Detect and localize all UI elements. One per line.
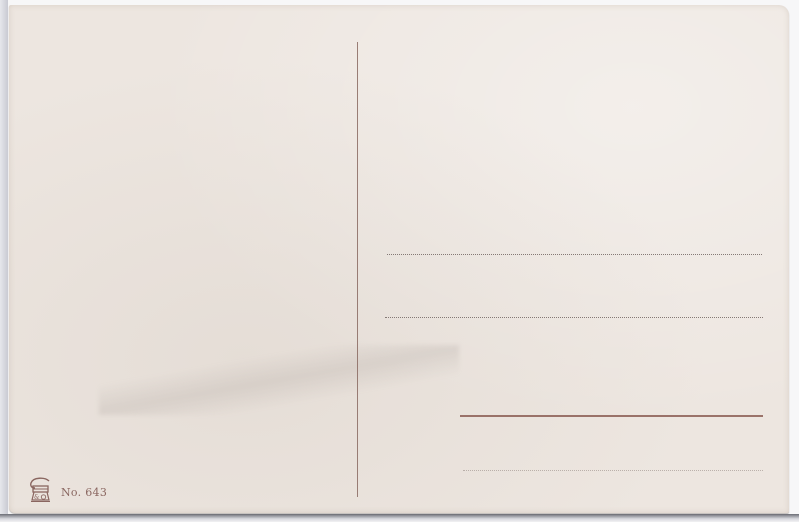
message-address-divider (357, 42, 358, 497)
address-line-1 (387, 254, 762, 255)
publisher-mark: & No. 643 (27, 476, 107, 504)
svg-text:&: & (34, 494, 40, 501)
monogram-logo-icon: & (27, 476, 55, 504)
address-line-4 (463, 470, 763, 471)
address-line-2 (385, 317, 763, 318)
address-line-3 (460, 415, 763, 417)
postcard-back: & No. 643 (9, 5, 789, 513)
scanner-bottom-edge (0, 514, 799, 522)
scanner-left-edge (0, 0, 8, 522)
catalog-number: No. 643 (61, 486, 107, 499)
paper-smudge (99, 345, 459, 415)
